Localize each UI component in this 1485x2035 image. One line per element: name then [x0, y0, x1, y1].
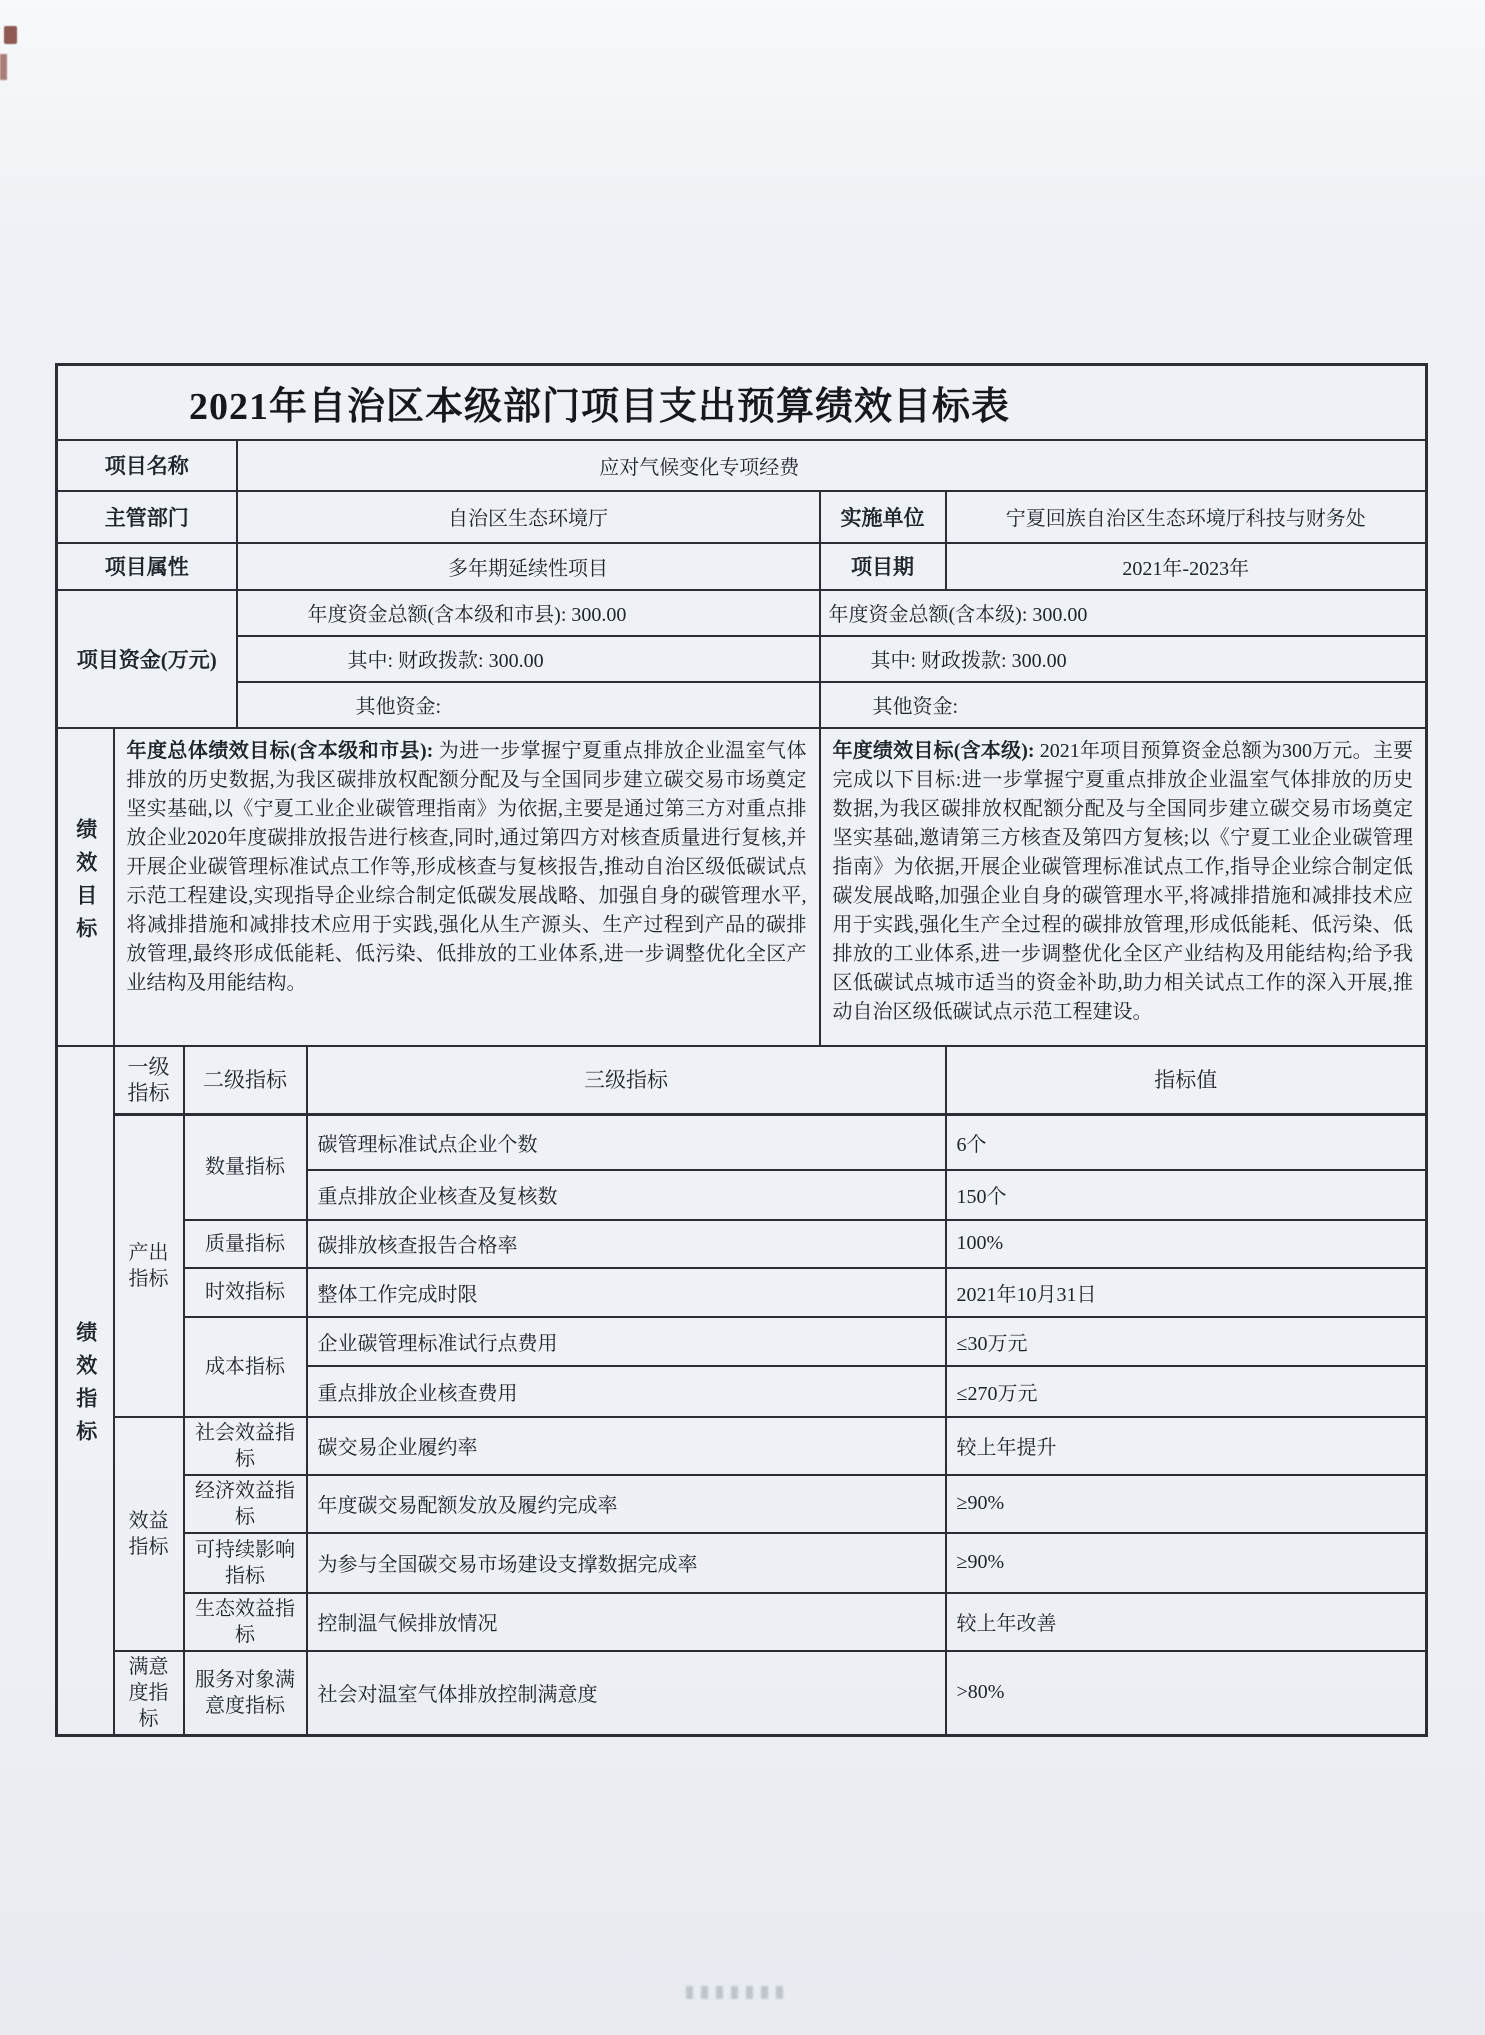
- attr-label: 项目属性: [57, 543, 237, 590]
- level1-cell: 效益指标: [114, 1417, 184, 1651]
- impl-unit-value: 宁夏回族自治区生态环境厅科技与财务处: [946, 491, 1427, 543]
- scan-artifact: [686, 1986, 790, 1999]
- funding-label: 项目资金(万元): [57, 590, 237, 728]
- level2-cell: 服务对象满意度指标: [184, 1651, 307, 1736]
- table-row: 效益指标 社会效益指标 碳交易企业履约率 较上年提升: [57, 1417, 1427, 1475]
- goals-strip-label: 绩效目标: [75, 818, 96, 950]
- header-level3: 三级指标: [307, 1046, 946, 1115]
- table-row: 时效指标 整体工作完成时限 2021年10月31日: [57, 1268, 1427, 1317]
- indicator-value-cell: 150个: [946, 1170, 1427, 1220]
- indicators-strip-label: 绩效指标: [75, 1321, 96, 1453]
- funding-left-fiscal: 其中: 财政拨款: 300.00: [237, 636, 820, 682]
- goals-row: 绩效目标 年度总体绩效目标(含本级和市县): 为进一步掌握宁夏重点排放企业温室气…: [57, 728, 1427, 1046]
- funding-right-other: 其他资金:: [820, 682, 1427, 728]
- indicator-value-cell: 100%: [946, 1220, 1427, 1268]
- indicator-name-cell: 整体工作完成时限: [307, 1268, 946, 1317]
- indicator-value-cell: 6个: [946, 1115, 1427, 1170]
- dept-label: 主管部门: [57, 491, 237, 543]
- page-title: 2021年自治区本级部门项目支出预算绩效目标表: [57, 365, 1427, 440]
- period-value: 2021年-2023年: [946, 543, 1427, 590]
- indicator-header-row: 绩效指标 一级指标 二级指标 三级指标 指标值: [57, 1046, 1427, 1115]
- attr-value: 多年期延续性项目: [237, 543, 820, 590]
- table-row: 满意度指标 服务对象满意度指标 社会对温室气体排放控制满意度 >80%: [57, 1651, 1427, 1736]
- scan-artifact: [4, 26, 17, 44]
- project-name-value: 应对气候变化专项经费: [237, 440, 1427, 491]
- level2-cell: 社会效益指标: [184, 1417, 307, 1475]
- annual-goal-body: 2021年项目预算资金总额为300万元。主要完成以下目标:进一步掌握宁夏重点排放…: [833, 740, 1414, 1023]
- level2-cell: 时效指标: [184, 1268, 307, 1317]
- annual-goal-cell: 年度绩效目标(含本级): 2021年项目预算资金总额为300万元。主要完成以下目…: [820, 728, 1427, 1046]
- project-name-label: 项目名称: [57, 440, 237, 491]
- table-row: 成本指标 企业碳管理标准试行点费用 ≤30万元: [57, 1317, 1427, 1366]
- indicator-name-cell: 碳排放核查报告合格率: [307, 1220, 946, 1268]
- indicator-value-cell: >80%: [946, 1651, 1427, 1736]
- indicator-name-cell: 碳管理标准试点企业个数: [307, 1115, 946, 1170]
- indicator-value-cell: ≥90%: [946, 1475, 1427, 1533]
- table-row: 经济效益指标 年度碳交易配额发放及履约完成率 ≥90%: [57, 1475, 1427, 1533]
- indicator-value-cell: ≤30万元: [946, 1317, 1427, 1366]
- funding-row-other: 其他资金: 其他资金:: [57, 682, 1427, 728]
- performance-target-table: 2021年自治区本级部门项目支出预算绩效目标表 项目名称 应对气候变化专项经费 …: [55, 363, 1428, 1737]
- header-level2: 二级指标: [184, 1046, 307, 1115]
- overall-goal-cell: 年度总体绩效目标(含本级和市县): 为进一步掌握宁夏重点排放企业温室气体排放的历…: [114, 728, 820, 1046]
- annual-goal-lead: 年度绩效目标(含本级):: [833, 740, 1035, 762]
- indicator-value-cell: 2021年10月31日: [946, 1268, 1427, 1317]
- dept-row: 主管部门 自治区生态环境厅 实施单位 宁夏回族自治区生态环境厅科技与财务处: [57, 491, 1427, 543]
- indicator-value-cell: ≤270万元: [946, 1366, 1427, 1417]
- indicator-name-cell: 重点排放企业核查及复核数: [307, 1170, 946, 1220]
- funding-right-total: 年度资金总额(含本级): 300.00: [820, 590, 1427, 636]
- indicator-value-cell: 较上年提升: [946, 1417, 1427, 1475]
- indicator-name-cell: 重点排放企业核查费用: [307, 1366, 946, 1417]
- table-row: 产出指标 数量指标 碳管理标准试点企业个数 6个: [57, 1115, 1427, 1170]
- indicator-value-cell: ≥90%: [946, 1533, 1427, 1593]
- project-name-row: 项目名称 应对气候变化专项经费: [57, 440, 1427, 491]
- overall-goal-body: 为进一步掌握宁夏重点排放企业温室气体排放的历史数据,为我区碳排放权配额分配及与全…: [127, 740, 807, 994]
- funding-left-total: 年度资金总额(含本级和市县): 300.00: [237, 590, 820, 636]
- attr-row: 项目属性 多年期延续性项目 项目期 2021年-2023年: [57, 543, 1427, 590]
- header-level1: 一级指标: [114, 1046, 184, 1115]
- level1-cell: 产出指标: [114, 1115, 184, 1417]
- funding-row-total: 项目资金(万元) 年度资金总额(含本级和市县): 300.00 年度资金总额(含…: [57, 590, 1427, 636]
- table-row: 质量指标 碳排放核查报告合格率 100%: [57, 1220, 1427, 1268]
- level2-cell: 可持续影响指标: [184, 1533, 307, 1593]
- indicators-strip-cell: 绩效指标: [57, 1046, 114, 1736]
- level2-cell: 成本指标: [184, 1317, 307, 1417]
- scan-artifact: [0, 54, 7, 80]
- period-label: 项目期: [820, 543, 946, 590]
- table-row: 可持续影响指标 为参与全国碳交易市场建设支撑数据完成率 ≥90%: [57, 1533, 1427, 1593]
- title-row: 2021年自治区本级部门项目支出预算绩效目标表: [57, 365, 1427, 440]
- indicator-name-cell: 企业碳管理标准试行点费用: [307, 1317, 946, 1366]
- indicator-value-cell: 较上年改善: [946, 1593, 1427, 1651]
- level2-cell: 质量指标: [184, 1220, 307, 1268]
- indicator-name-cell: 年度碳交易配额发放及履约完成率: [307, 1475, 946, 1533]
- funding-left-other: 其他资金:: [237, 682, 820, 728]
- level2-cell: 数量指标: [184, 1115, 307, 1220]
- level2-cell: 经济效益指标: [184, 1475, 307, 1533]
- indicator-name-cell: 控制温气候排放情况: [307, 1593, 946, 1651]
- scanned-page: 2021年自治区本级部门项目支出预算绩效目标表 项目名称 应对气候变化专项经费 …: [0, 0, 1485, 2035]
- table-row: 生态效益指标 控制温气候排放情况 较上年改善: [57, 1593, 1427, 1651]
- dept-value: 自治区生态环境厅: [237, 491, 820, 543]
- header-value: 指标值: [946, 1046, 1427, 1115]
- level2-cell: 生态效益指标: [184, 1593, 307, 1651]
- indicator-name-cell: 社会对温室气体排放控制满意度: [307, 1651, 946, 1736]
- indicator-name-cell: 碳交易企业履约率: [307, 1417, 946, 1475]
- indicator-name-cell: 为参与全国碳交易市场建设支撑数据完成率: [307, 1533, 946, 1593]
- goals-strip-cell: 绩效目标: [57, 728, 114, 1046]
- funding-row-fiscal: 其中: 财政拨款: 300.00 其中: 财政拨款: 300.00: [57, 636, 1427, 682]
- funding-right-fiscal: 其中: 财政拨款: 300.00: [820, 636, 1427, 682]
- overall-goal-lead: 年度总体绩效目标(含本级和市县):: [127, 740, 434, 762]
- level1-cell: 满意度指标: [114, 1651, 184, 1736]
- impl-unit-label: 实施单位: [820, 491, 946, 543]
